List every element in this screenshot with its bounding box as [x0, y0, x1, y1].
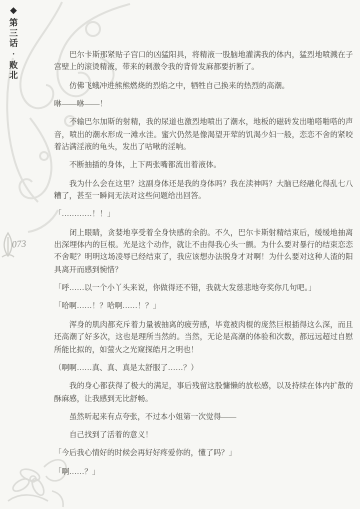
novel-page: ◆ 第三话·败北 073 巴尔卡斯那紧贴子宫口的凶猛阳具，将精液一股脑地灌满我的… — [0, 0, 360, 509]
paragraph: 咻——咻——！ — [54, 98, 353, 110]
paragraph: 「呼……以一个小丫头来说，你做得还不错，我就大发慈悲地夸奖你几句吧。」 — [54, 282, 353, 294]
paragraph: 「哈啊……！？哈啊……！？」 — [54, 300, 353, 312]
paragraph: 我的身心都获得了极大的满足，事后残留这股慵懒的放松感，以及持续在体内扩散的酥麻感… — [54, 380, 353, 405]
paragraph: 闭上眼睛，贪婪地享受着全身快感的余韵。不久，巴尔卡斯射精结束后，缓缓地抽离出深埋… — [54, 227, 353, 277]
paragraph: 「今后我心情好的时候会再好好疼爱你的，懂了吗？」 — [54, 447, 353, 459]
paragraph: 不断抽插的身体，上下两张嘴都流出着液体。 — [54, 159, 353, 171]
paragraph: 虽然听起来有点夸张，不过本小姐第一次觉得—— — [54, 411, 353, 423]
paragraph: 仿佛飞蛾冲进熊熊燃烧的烈焰之中，牺牲自己换来的热烈的高潮。 — [54, 80, 353, 92]
paragraph: 浑身的肌肉都充斥着力量被抽离的疲劳感，毕竟被肉棍的庞然巨根插得这么深，而且还高潮… — [54, 319, 353, 356]
paragraph: 巴尔卡斯那紧贴子宫口的凶猛阳具，将精液一股脑地灌满我的体内，猛烈地喷溅在子宫壁上… — [54, 49, 353, 74]
chapter-marker: ◆ 第三话·败北 — [6, 5, 21, 81]
page-number: 073 — [12, 240, 27, 251]
paragraph: 不输巴尔加斯的射精，我的尿道也激烈地喷出了潮水，地板的磁砖发出啪嗒啪嗒的声音，喷… — [54, 116, 353, 153]
chapter-title: 第三话·败北 — [8, 18, 20, 81]
paragraph: 「啊……？」 — [54, 466, 353, 478]
paragraph: （啊啊……真、真、真是太舒服了……？） — [54, 362, 353, 374]
body-text: 巴尔卡斯那紧贴子宫口的凶猛阳具，将精液一股脑地灌满我的体内，猛烈地喷溅在子宫壁上… — [54, 49, 353, 484]
paragraph: 我为什么会在这里？这副身体还是我的身体吗？我在渎神吗？大脑已经融化得乱七八糟了，… — [54, 178, 353, 203]
diamond-icon: ◆ — [6, 5, 21, 16]
paragraph: 「…………！！」 — [54, 208, 353, 220]
paragraph: 自己找到了活着的意义！ — [54, 429, 353, 441]
